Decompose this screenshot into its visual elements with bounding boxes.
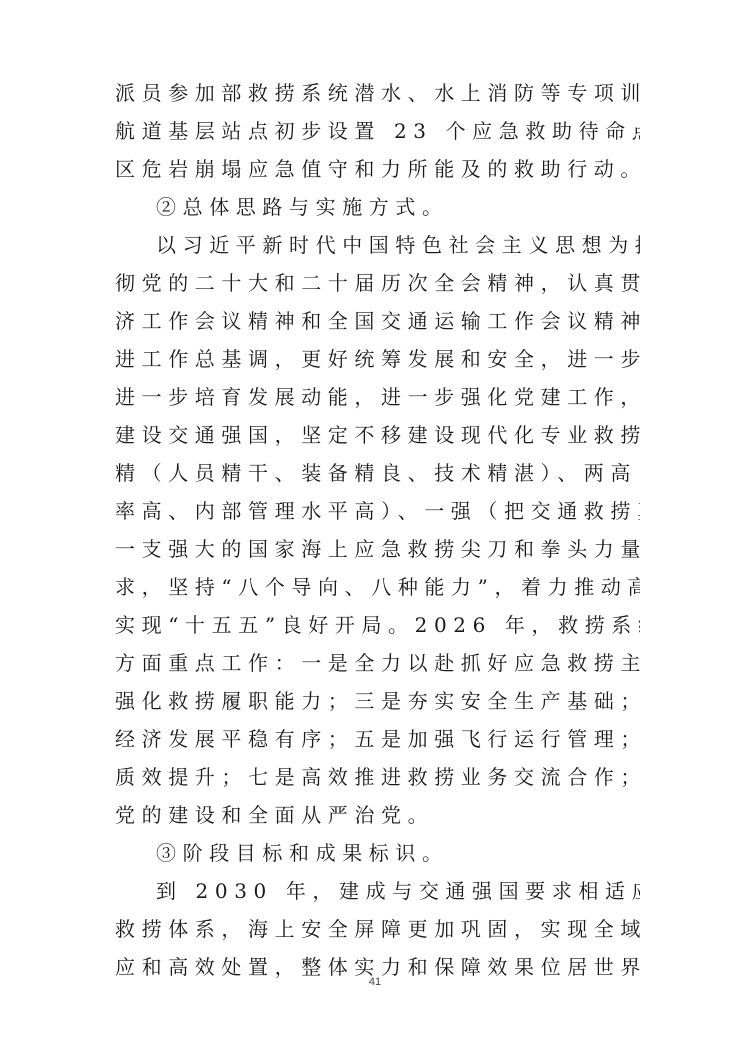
text-line: 一支强大的国家海上应急救捞尖刀和拳头力量）”的目标要 xyxy=(115,530,640,568)
text-line: 航道基层站点初步设置 23 个应急救助待命点，参与三峡库 xyxy=(115,112,640,150)
paragraph-overall-approach: 以习近平新时代中国特色社会主义思想为指导，全面贯 彻党的二十大和二十届历次全会精… xyxy=(115,226,640,834)
text-line: 区危岩崩塌应急值守和力所能及的救助行动。 xyxy=(115,150,640,188)
text-line: 以习近平新时代中国特色社会主义思想为指导，全面贯 xyxy=(115,226,640,264)
text-line: 建设交通强国，坚定不移建设现代化专业救捞体系，对标“三 xyxy=(115,416,640,454)
text-line: 济工作会议精神和全国交通运输工作会议精神，坚持稳中求 xyxy=(115,302,640,340)
paragraph-stage-goals: 到 2030 年，建成与交通强国要求相适应的现代化专业 救捞体系，海上安全屏障更… xyxy=(115,872,640,986)
text-line: 派员参加部救捞系统潜水、水上消防等专项训练；依托长江 xyxy=(115,74,640,112)
text-line: 质效提升；七是高效推进救捞业务交流合作；八是持续加强 xyxy=(115,758,640,796)
text-line: 到 2030 年，建成与交通强国要求相适应的现代化专业 xyxy=(115,872,640,910)
paragraph-continuation: 派员参加部救捞系统潜水、水上消防等专项训练；依托长江 航道基层站点初步设置 23… xyxy=(115,74,640,188)
text-line: 进工作总基调，更好统筹发展和安全，进一步深化改革创新， xyxy=(115,340,640,378)
text-line: 实现“十五五”良好开局。2026 年，救捞系统将重点开展 8 xyxy=(115,606,640,644)
text-line: 彻党的二十大和二十届历次全会精神，认真贯彻落实中央经 xyxy=(115,264,640,302)
page-number: 41 xyxy=(0,976,750,988)
section-heading-2: ②总体思路与实施方式。 xyxy=(115,188,640,226)
text-line: 救捞体系，海上安全屏障更加巩固，实现全域覆盖、快速反 xyxy=(115,910,640,948)
heading-text: ②总体思路与实施方式。 xyxy=(115,188,640,226)
heading-text: ③阶段目标和成果标识。 xyxy=(115,834,640,872)
text-line: 党的建设和全面从严治党。 xyxy=(115,796,640,834)
body-text: 派员参加部救捞系统潜水、水上消防等专项训练；依托长江 航道基层站点初步设置 23… xyxy=(115,74,640,986)
text-line: 进一步培育发展动能，进一步强化党建工作，坚定不移加快 xyxy=(115,378,640,416)
text-line: 求，坚持“八个导向、八种能力”，着力推动高质量发展， xyxy=(115,568,640,606)
text-line: 精（人员精干、装备精良、技术精湛）、两高（应急处置效 xyxy=(115,454,640,492)
text-line: 率高、内部管理水平高）、一强（把交通救捞真正打造成为 xyxy=(115,492,640,530)
text-line: 经济发展平稳有序；五是加强飞行运行管理；六是推进管理 xyxy=(115,720,640,758)
document-page: 派员参加部救捞系统潜水、水上消防等专项训练；依托长江 航道基层站点初步设置 23… xyxy=(0,0,750,1060)
text-line: 方面重点工作：一是全力以赴抓好应急救捞主责主业；二是 xyxy=(115,644,640,682)
section-heading-3: ③阶段目标和成果标识。 xyxy=(115,834,640,872)
text-line: 强化救捞履职能力；三是夯实安全生产基础；四是保障救捞 xyxy=(115,682,640,720)
